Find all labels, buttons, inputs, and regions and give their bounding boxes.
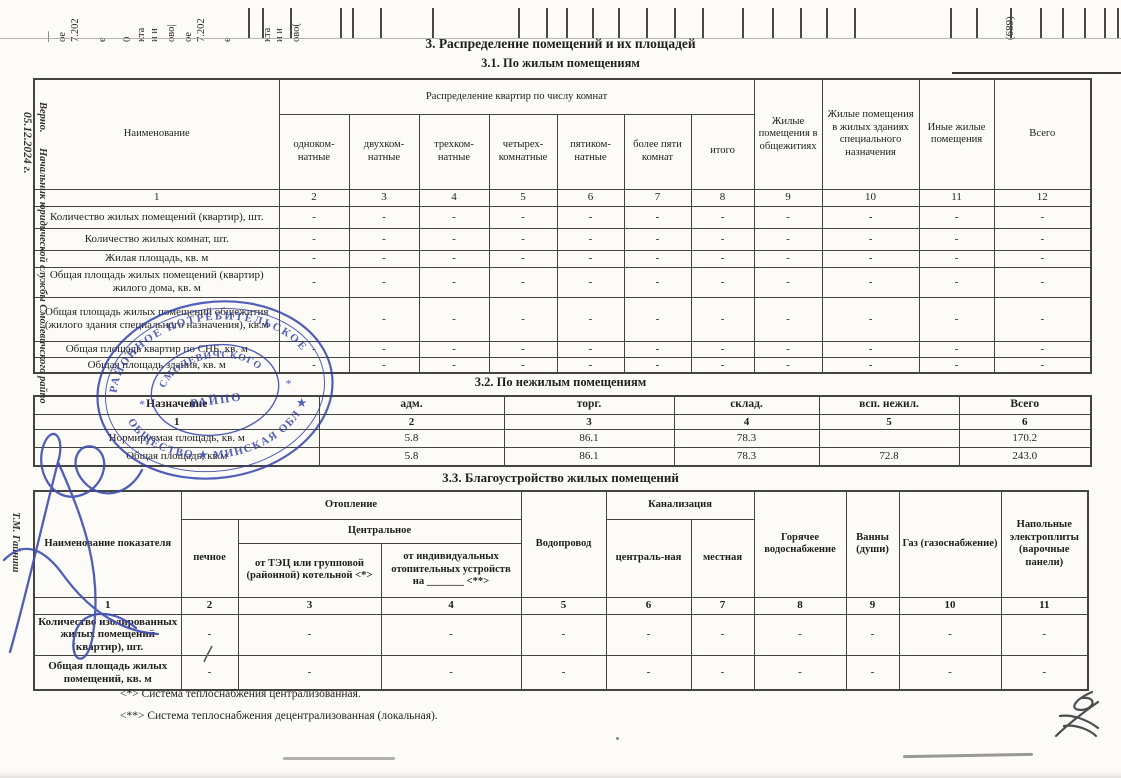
scan-smudge — [903, 753, 1033, 758]
footnote-local-heating: <**> Система теплоснабжения децентрализо… — [120, 710, 438, 722]
margin-date: 05.12.2024 г. — [21, 112, 33, 174]
table-cell: - — [691, 656, 754, 690]
scan-bottom-shadow — [0, 772, 1121, 778]
table-cell: 5 — [489, 189, 557, 206]
col-group-header: Центральное — [238, 519, 521, 543]
tick-mark — [1010, 8, 1012, 38]
tick-mark — [800, 8, 802, 38]
table-cell: - — [919, 267, 994, 297]
scan-smudge — [283, 757, 395, 760]
row-label: Общая площадь квартир по СНБ, кв. м — [34, 341, 279, 357]
col-header: Жилые помещения в жилых зданиях специаль… — [822, 79, 919, 189]
table-cell: - — [349, 206, 419, 228]
table-cell: - — [624, 267, 691, 297]
table-cell: - — [349, 267, 419, 297]
table-cell: - — [822, 206, 919, 228]
table-cell: 86.1 — [504, 430, 674, 448]
table-cell: - — [994, 297, 1091, 341]
table-cell: - — [557, 250, 624, 267]
table-cell: - — [557, 357, 624, 373]
tick-mark — [566, 8, 568, 38]
table-cell: - — [419, 357, 489, 373]
section-title-3-1: 3.1. По жилым помещениям — [0, 56, 1121, 71]
table-row: Общая площадь квартир по СНБ, кв. м-----… — [34, 341, 1091, 357]
table-cell: 12 — [994, 189, 1091, 206]
table-cell: - — [381, 656, 521, 690]
table-row: Общая площадь здания, кв. м----------- — [34, 357, 1091, 373]
table-cell: - — [994, 250, 1091, 267]
table-cell: 2 — [279, 189, 349, 206]
table-cell: 6 — [557, 189, 624, 206]
table-cell: - — [489, 357, 557, 373]
table-cell: одноком-натные — [279, 114, 349, 189]
tick-mark — [1040, 8, 1042, 38]
table-cell: - — [624, 206, 691, 228]
tick-mark — [854, 8, 856, 38]
table-cell: - — [349, 297, 419, 341]
table-cell: - — [419, 267, 489, 297]
col-group-header: Отопление — [181, 491, 521, 519]
table-row: Количество жилых помещений (квартир), шт… — [34, 206, 1091, 228]
table-cell: - — [822, 341, 919, 357]
tick-mark — [826, 8, 828, 38]
table-cell: - — [994, 357, 1091, 373]
row-label: Количество жилых помещений (квартир), шт… — [34, 206, 279, 228]
table-cell: - — [279, 267, 349, 297]
table-cell: - — [624, 357, 691, 373]
table-cell: 7 — [691, 597, 754, 614]
table-cell: - — [419, 341, 489, 357]
table-cell: - — [822, 267, 919, 297]
corner-handwritten-mark — [1056, 692, 1098, 736]
table-cell: пятиком-натные — [557, 114, 624, 189]
table-cell: - — [822, 297, 919, 341]
table-cell: - — [557, 267, 624, 297]
table-cell: - — [349, 357, 419, 373]
row-label: Количество жилых комнат, шт. — [34, 228, 279, 250]
col-header: Горячее водоснабжение — [754, 491, 846, 597]
table-cell: - — [238, 614, 381, 656]
table-cell: - — [754, 656, 846, 690]
table-cell: - — [919, 357, 994, 373]
table-cell: - — [279, 206, 349, 228]
table-row: Общая площадь жилых помещений общежития … — [34, 297, 1091, 341]
table-cell: - — [489, 297, 557, 341]
table-cell: - — [754, 228, 822, 250]
table-cell: - — [419, 228, 489, 250]
table-cell: - — [521, 614, 606, 656]
table-cell: - — [381, 614, 521, 656]
tick-mark — [674, 8, 676, 38]
table-cell: 78.3 — [674, 430, 819, 448]
table-cell: 86.1 — [504, 448, 674, 466]
column-numbers-row: 123456789101112 — [34, 189, 1091, 206]
table-cell: 3 — [238, 597, 381, 614]
table-cell: 9 — [846, 597, 899, 614]
col-header: Водопровод — [521, 491, 606, 597]
scan-speck — [616, 737, 619, 740]
tick-mark — [772, 8, 774, 38]
footnote-central-heating: <*> Система теплоснабжения централизован… — [120, 688, 361, 700]
table-cell: - — [349, 341, 419, 357]
table-residential-premises: Наименование Распределение квартир по чи… — [33, 78, 1092, 374]
tick-mark — [618, 8, 620, 38]
table-cell: - — [822, 228, 919, 250]
table-cell: 2 — [181, 597, 238, 614]
table-cell: - — [691, 250, 754, 267]
table-cell: - — [279, 297, 349, 341]
tick-mark — [432, 8, 434, 38]
row-label: Количество изолированных жилых помещений… — [34, 614, 181, 656]
table-cell: 5.8 — [319, 448, 504, 466]
tick-mark — [290, 8, 292, 38]
table-cell: - — [489, 206, 557, 228]
margin-signer-name: Т.М. Гайниш — [10, 512, 21, 573]
tick-mark — [646, 8, 648, 38]
table-row: Жилая площадь, кв. м----------- — [34, 250, 1091, 267]
table-cell — [819, 430, 959, 448]
table-cell: - — [521, 656, 606, 690]
row-label: Нормируемая площадь, кв. м — [34, 430, 319, 448]
table-cell: - — [624, 250, 691, 267]
table-cell: склад. — [674, 396, 819, 414]
tick-mark — [340, 8, 342, 38]
row-label: Общая площадь жилых помещений общежития … — [34, 297, 279, 341]
table-cell: - — [279, 228, 349, 250]
table-cell: - — [691, 206, 754, 228]
table-cell: - — [419, 250, 489, 267]
tick-mark — [742, 8, 744, 38]
section-title-3: 3. Распределение помещений и их площадей — [0, 36, 1121, 52]
table-cell: 4 — [381, 597, 521, 614]
col-header: Жилые помещения в общежитиях — [754, 79, 822, 189]
table-cell: - — [279, 250, 349, 267]
table-cell: 4 — [674, 414, 819, 430]
table-cell: - — [349, 228, 419, 250]
table-cell: - — [557, 297, 624, 341]
tick-mark — [702, 8, 704, 38]
table-cell: - — [691, 267, 754, 297]
table-cell: четырех-комнатные — [489, 114, 557, 189]
table-cell: - — [279, 341, 349, 357]
table-cell: 1 — [34, 189, 279, 206]
table-cell: 9 — [754, 189, 822, 206]
table-cell: - — [279, 357, 349, 373]
table-cell: - — [899, 656, 1001, 690]
column-numbers-row: 123456 — [34, 414, 1091, 430]
table-cell: - — [822, 357, 919, 373]
table-cell: - — [754, 267, 822, 297]
tick-mark — [546, 8, 548, 38]
table-cell: 6 — [606, 597, 691, 614]
table-cell: - — [919, 250, 994, 267]
table-cell: 8 — [754, 597, 846, 614]
col-header: централь-ная — [606, 519, 691, 597]
col-header: Наименование показателя — [34, 491, 181, 597]
row-label: Общая площадь, кв.м — [34, 448, 319, 466]
margin-position-text: Начальник юридической службы Смолевичско… — [37, 148, 48, 404]
col-header: Ванны (души) — [846, 491, 899, 597]
table-cell: Назначение — [34, 396, 319, 414]
table-row: Общая площадь жилых помещений (квартир) … — [34, 267, 1091, 297]
table-cell: - — [691, 297, 754, 341]
tick-mark — [1117, 8, 1119, 38]
table-cell: - — [754, 341, 822, 357]
table-cell: - — [691, 357, 754, 373]
col-header: от ТЭЦ или групповой (районной) котельно… — [238, 543, 381, 597]
tick-mark — [1084, 8, 1086, 38]
table-cell: - — [606, 614, 691, 656]
table-cell: 5 — [521, 597, 606, 614]
table-cell: 6 — [959, 414, 1091, 430]
section-title-3-3: 3.3. Благоустройство жилых помещений — [0, 470, 1121, 486]
margin-verno-text: Верно. — [37, 102, 48, 133]
table-cell: - — [419, 297, 489, 341]
table-cell: 3 — [349, 189, 419, 206]
section-title-3-2: 3.2. По нежилым помещениям — [0, 375, 1121, 390]
table-cell: - — [624, 297, 691, 341]
table-cell: - — [419, 206, 489, 228]
table-cell: 10 — [899, 597, 1001, 614]
scanned-document-page: —ое7.202е0ктаи иово|ое7.202ектаи иово( (… — [0, 0, 1121, 778]
table-cell: - — [754, 357, 822, 373]
table-cell: торг. — [504, 396, 674, 414]
table-cell: двухком-натные — [349, 114, 419, 189]
table-cell: - — [919, 206, 994, 228]
table-cell: - — [899, 614, 1001, 656]
table-cell: более пяти комнат — [624, 114, 691, 189]
col-header: Газ (газоснабжение) — [899, 491, 1001, 597]
table-cell: - — [846, 656, 899, 690]
table-cell: - — [994, 228, 1091, 250]
table-cell: - — [919, 228, 994, 250]
table-cell: 243.0 — [959, 448, 1091, 466]
table-cell: 8 — [691, 189, 754, 206]
table-cell: - — [489, 267, 557, 297]
table-cell: - — [181, 614, 238, 656]
table-cell: 5.8 — [319, 430, 504, 448]
table-cell: - — [754, 614, 846, 656]
table-cell: - — [754, 250, 822, 267]
col-header: Наименование — [34, 79, 279, 189]
table-cell: 11 — [919, 189, 994, 206]
tick-mark — [262, 8, 264, 38]
table-cell: - — [691, 341, 754, 357]
table-cell: - — [691, 614, 754, 656]
table-row: Количество жилых комнат, шт.----------- — [34, 228, 1091, 250]
tick-mark — [976, 8, 978, 38]
row-label: Общая площадь здания, кв. м — [34, 357, 279, 373]
table-cell: 1 — [34, 597, 181, 614]
tick-mark — [248, 8, 250, 38]
table-cell: - — [994, 267, 1091, 297]
table-cell: - — [624, 228, 691, 250]
table-cell: - — [822, 250, 919, 267]
row-label: Жилая площадь, кв. м — [34, 250, 279, 267]
table-cell: - — [919, 341, 994, 357]
table-nonresidential-premises: Назначениеадм.торг.склад.всп. нежил.Всег… — [33, 395, 1092, 467]
table-cell: - — [489, 250, 557, 267]
table-cell: Всего — [959, 396, 1091, 414]
col-header: Иные жилые помещения — [919, 79, 994, 189]
tick-mark — [1104, 8, 1106, 38]
col-header: Всего — [994, 79, 1091, 189]
table-cell: - — [754, 297, 822, 341]
table-cell: - — [754, 206, 822, 228]
table-cell: 4 — [419, 189, 489, 206]
table-cell: трехком-натные — [419, 114, 489, 189]
table-cell: 10 — [822, 189, 919, 206]
col-header: печное — [181, 519, 238, 597]
row-label: Общая площадь жилых помещений, кв. м — [34, 656, 181, 690]
col-group-header: Распределение квартир по числу комнат — [279, 79, 754, 114]
tick-mark — [592, 8, 594, 38]
table-cell: 11 — [1001, 597, 1088, 614]
col-header: Напольные электроплиты (варочные панели) — [1001, 491, 1088, 597]
table-cell: 1 — [34, 414, 319, 430]
table-cell: - — [489, 228, 557, 250]
table-cell: - — [919, 297, 994, 341]
table-cell: - — [994, 341, 1091, 357]
tick-mark — [352, 8, 354, 38]
table-cell: - — [557, 206, 624, 228]
tick-mark — [950, 8, 952, 38]
table-cell: адм. — [319, 396, 504, 414]
table-cell: - — [557, 228, 624, 250]
table-cell: 2 — [319, 414, 504, 430]
table-cell: итого — [691, 114, 754, 189]
table-cell: 72.8 — [819, 448, 959, 466]
table-cell: - — [181, 656, 238, 690]
table-row: Нормируемая площадь, кв. м5.886.178.3170… — [34, 430, 1091, 448]
table-cell: - — [238, 656, 381, 690]
table-cell: 170.2 — [959, 430, 1091, 448]
table-row: Общая площадь, кв.м5.886.178.372.8243.0 — [34, 448, 1091, 466]
table-cell: - — [846, 614, 899, 656]
table-row: Общая площадь жилых помещений, кв. м----… — [34, 656, 1088, 690]
col-group-header: Канализация — [606, 491, 754, 519]
table-cell: 5 — [819, 414, 959, 430]
col-header: местная — [691, 519, 754, 597]
table-cell: всп. нежил. — [819, 396, 959, 414]
table-cell: - — [349, 250, 419, 267]
table-cell: - — [994, 206, 1091, 228]
row-label: Общая площадь жилых помещений (квартир) … — [34, 267, 279, 297]
column-numbers-row: 1234567891011 — [34, 597, 1088, 614]
table-cell: 3 — [504, 414, 674, 430]
table-cell: - — [606, 656, 691, 690]
table-cell: - — [557, 341, 624, 357]
table-cell: - — [691, 228, 754, 250]
table-cell: - — [624, 341, 691, 357]
tick-mark — [518, 8, 520, 38]
table-cell: - — [1001, 614, 1088, 656]
table-cell: - — [1001, 656, 1088, 690]
table-cell: - — [489, 341, 557, 357]
tick-mark — [1062, 8, 1064, 38]
col-header: от индивидуальных отопительных устройств… — [381, 543, 521, 597]
table-cell: 7 — [624, 189, 691, 206]
tick-mark — [380, 8, 382, 38]
scan-edge-line-dark — [952, 72, 1121, 74]
table-cell: 78.3 — [674, 448, 819, 466]
table-amenities: Наименование показателя Отопление Водопр… — [33, 490, 1089, 691]
header-row: Назначениеадм.торг.склад.всп. нежил.Всег… — [34, 396, 1091, 414]
table-row: Количество изолированных жилых помещений… — [34, 614, 1088, 656]
